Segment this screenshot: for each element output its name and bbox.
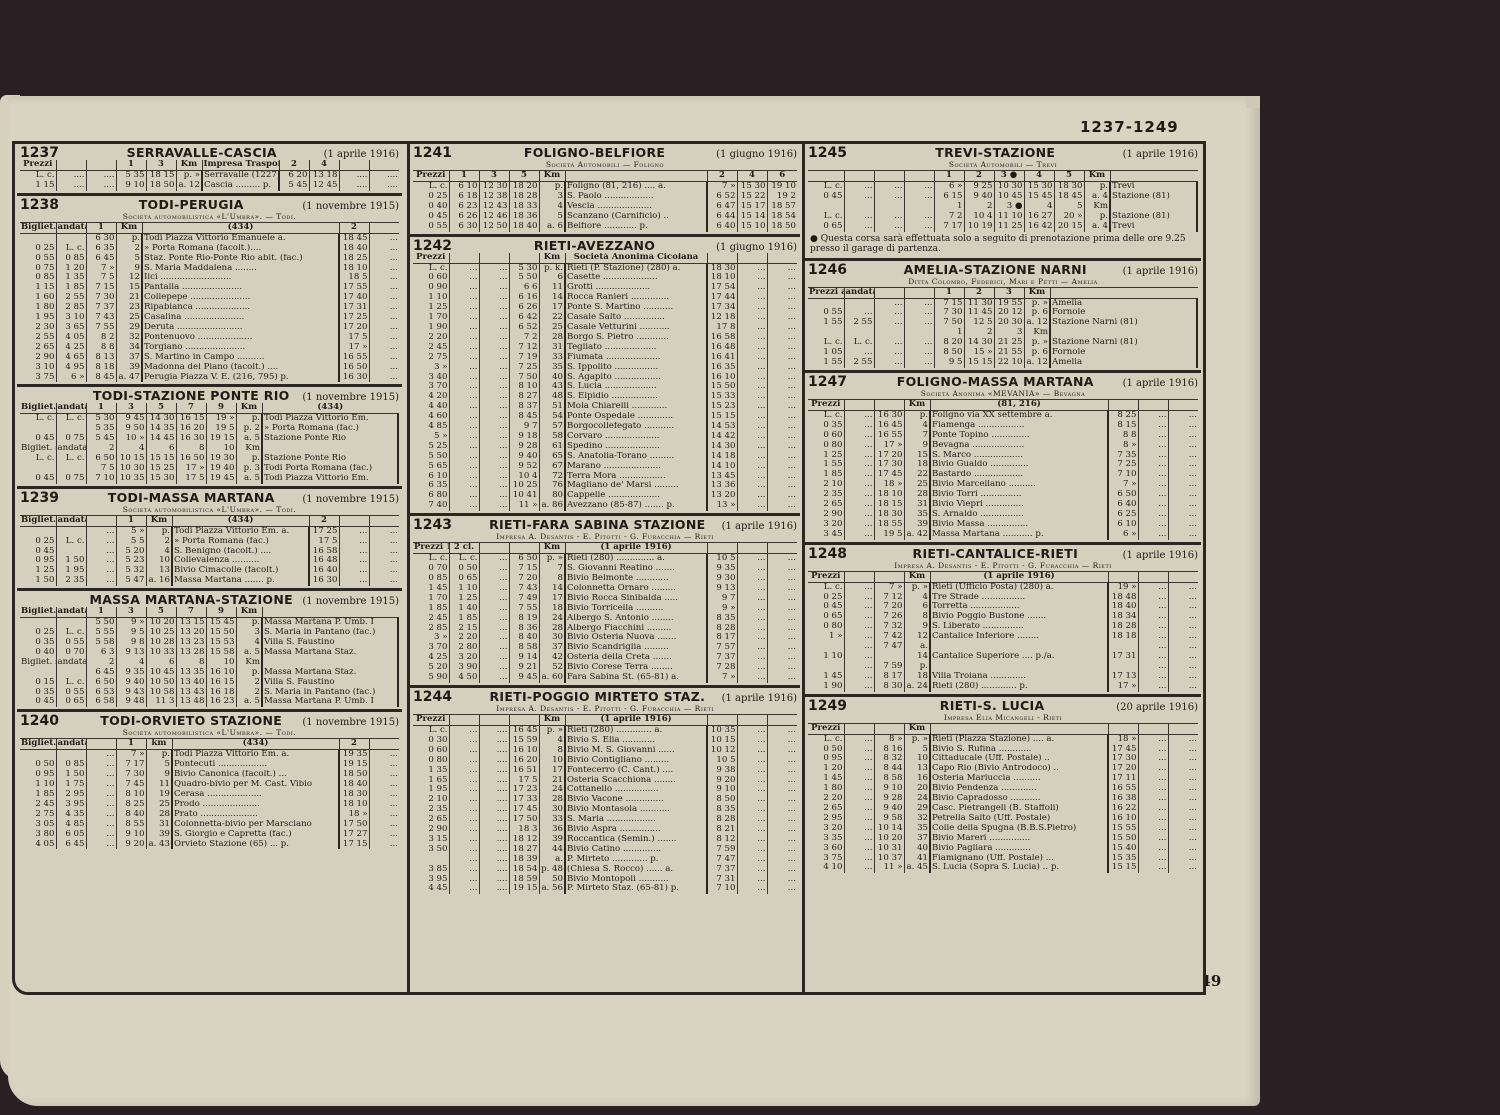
time-cell: 4 [236,638,262,648]
time-cell: 9 » [116,618,146,628]
time-cell: 54 [539,412,565,422]
station-name: Madonna del Piano (facolt.) .... [142,363,339,373]
time-cell: 4 35 [56,810,86,820]
column-header [1138,724,1168,735]
time-cell: ... [86,576,116,586]
station-name: S. Maria .................. [565,815,707,825]
time-cell: 6 50 [509,554,539,564]
time-cell: 4 [116,658,146,668]
time-cell: ... [449,865,479,875]
time-cell: ... [737,501,767,511]
time-cell: 6 » [56,373,86,383]
time-cell: ... [1138,480,1168,490]
time-cell: 25 [904,480,930,490]
column-header: 4 [309,160,339,171]
time-cell: 29 [116,323,142,333]
station-name: Amelia [1050,358,1197,368]
time-cell: ... [844,530,874,540]
station-name: Osteria della Creta ....... [565,653,707,663]
time-cell: ... [737,323,767,333]
time-cell: 17 13 [1108,672,1138,682]
timetable-section-1249: 1249RIETI-S. LUCIA(20 aprile 1916)Impres… [805,697,1201,876]
section-number: 1244 [413,689,473,705]
time-cell: ... [844,431,874,441]
time-cell: ... [1138,774,1168,784]
time-cell: 3 10 [56,313,86,323]
column-header [369,516,399,527]
fare-cell: 2 55 [20,333,56,343]
time-cell: 18 40 [509,222,539,232]
station-name: Bivio Montasola ........... [565,805,707,815]
time-cell: ... [479,643,509,653]
time-cell: ... [479,422,509,432]
time-cell: 11 » [509,501,539,511]
column-header [737,543,767,554]
time-cell: ... [737,333,767,343]
time-cell: 8 19 [509,614,539,624]
operator-line: Ditta Colombo, Federici, Mari e Petti — … [808,277,1198,288]
time-cell: 7 15 [509,564,539,574]
time-cell: ... [479,373,509,383]
time-cell: ... [767,633,797,643]
time-cell: 25 [116,313,142,323]
station-name: Bivio Corese Terra ........ [565,663,707,673]
column-header [844,171,874,182]
station-name: Rieti (280) .............. a. [565,554,707,564]
column-header [479,715,509,726]
time-cell: ... [844,490,874,500]
column-header: andata ritorno [56,403,86,414]
table-row: 0 700 50...7 157S. Giovanni Reatino ....… [413,564,797,574]
column-header [930,724,1108,735]
time-cell: 6 20 [279,171,309,181]
column-header: 3 [994,288,1024,299]
time-cell: 7 » [116,750,146,760]
fare-cell: 0 85 [413,574,449,584]
time-cell: 35 [904,510,930,520]
time-cell: 9 30 [707,574,737,584]
time-cell: 6 [539,273,565,283]
column-header [509,543,539,554]
route-title: FOLIGNO-MASSA MARTANA [868,374,1123,389]
time-cell: 9 [116,264,142,274]
time-cell: ... [479,452,509,462]
station-name: Bivio Gualdo .............. [930,460,1108,470]
time-cell: ... [1138,520,1168,530]
time-cell: ... [844,854,874,864]
time-cell: ... [1138,834,1168,844]
column-header [874,171,904,182]
fare-cell: 3 45 [808,530,844,540]
time-cell: p. 48 [539,865,565,875]
time-cell: 17 25 [309,526,339,536]
section-number: 1245 [808,145,868,161]
time-cell: ... [737,653,767,663]
time-cell: 10 33 [146,648,176,658]
time-cell: ... [767,756,797,766]
time-cell: 10 15 [116,454,146,464]
time-cell: 28 [904,490,930,500]
time-cell: .... [479,845,509,855]
time-cell: ... [369,800,399,810]
table-row: 2 65.......17 5033S. Maria .............… [413,815,797,825]
station-name: Staz. Ponte Rio-Ponte Rio abit. (fac.) [142,254,339,264]
time-cell: ... [449,402,479,412]
table-row: 0 550 856 455Staz. Ponte Rio-Ponte Rio a… [20,254,399,264]
time-cell: ... [737,845,767,855]
time-cell: ... [844,734,874,744]
time-cell: 6 10 [1108,520,1138,530]
time-cell: 8 50 [707,795,737,805]
effective-date: (1 aprile 1916) [722,521,797,532]
station-name: Bivio Catino .............. [565,845,707,855]
time-cell: 18 45 [339,233,369,243]
fare-cell: 0 25 [20,244,56,254]
time-cell: 3 65 [56,323,86,333]
time-cell: 1 20 [56,264,86,274]
schedule-table: Prezzi 1 cl.2 cl.Km(1 aprile 1916)L. c.L… [413,543,797,683]
time-cell: 11 3 [146,697,176,707]
station-name: Albergo Fiacchini ......... [565,624,707,634]
time-cell: 5 50 [509,273,539,283]
time-cell: ... [737,795,767,805]
time-cell: ... [86,830,116,840]
time-cell: ... [449,776,479,786]
time-cell: .... [479,756,509,766]
fare-cell: L. c. [808,410,844,420]
station-name: Bivio Pagliara ............. [930,844,1108,854]
time-cell: 7 15 [86,283,116,293]
time-cell: 65 [539,452,565,462]
time-cell: 2 80 [449,643,479,653]
time-cell: ... [767,462,797,472]
table-row: 0 406 2312 4318 334Vescia ..............… [413,202,797,212]
station-name: Bivio S. Rufina ............ [930,745,1108,755]
station-name: Rocca Ranieri .............. [565,293,707,303]
time-cell: ... [737,884,767,894]
fare-cell: 0 70 [413,564,449,574]
table-row: 3 70......8 1043S. Lucia ...............… [413,382,797,392]
time-cell: 9 5 [116,628,146,638]
time-cell: ... [737,736,767,746]
table-row: 3 756 »8 45a. 47Perugia Piazza V. E. (21… [20,373,399,383]
time-cell: 14 30 [707,442,737,452]
time-cell: 0 70 [56,648,86,658]
station-name: S. Liberato ............... [930,622,1108,632]
time-cell: ... [844,510,874,520]
effective-date: (20 aprile 1916) [1116,702,1198,713]
column-header [449,253,479,264]
time-cell: 5 45 [86,434,116,444]
time-cell: 2 [116,244,142,254]
time-cell: ... [449,725,479,735]
time-cell: 1 95 [56,566,86,576]
time-cell: 3 [539,192,565,202]
time-cell: ... [874,338,904,348]
table-row: 2 10.......17 3328Bivio Vacone .........… [413,795,797,805]
time-cell: p. » [904,734,930,744]
time-cell: ... [1168,431,1198,441]
time-cell: Km [1024,328,1050,338]
table-row: 4 253 20...9 1442Osteria della Creta ...… [413,653,797,663]
time-cell [56,424,86,434]
station-name: Fara Sabina St. (65-81) a. [565,673,707,683]
time-cell: ... [86,780,116,790]
table-row: 0 30.......15 594Bivio S. Elia .........… [413,736,797,746]
station-name: Magliano de' Marsi ......... [565,481,707,491]
table-row: 7 40......11 »a. 86Avezzano (85-87) ....… [413,501,797,511]
table-row: 0 556 3012 5018 40a. 6Belfiore .........… [413,222,797,232]
time-cell: 18 15 [146,171,176,181]
time-cell: ... [449,303,479,313]
time-cell: 12 30 [479,182,509,192]
time-cell: 14 [904,652,930,662]
time-cell: ... [449,263,479,273]
time-cell: 6 50 [86,454,116,464]
schedule-table: PrezziKm(1 aprile 1916)L. c........16 45… [413,715,797,894]
time-cell: 9 25 [964,182,994,192]
time-cell: .... [479,766,509,776]
time-cell: ... [449,835,479,845]
time-cell: 1 50 [56,556,86,566]
time-cell: 15 [904,451,930,461]
fare-cell [20,750,56,760]
time-cell: ... [1168,662,1198,672]
table-row: 6 10......10 472Terra Mora .............… [413,472,797,482]
time-cell: 16 48 [707,343,737,353]
column-header: Km [1084,171,1110,182]
time-cell [904,328,934,338]
time-cell: 18 40 [339,780,369,790]
table-row: 0 450 656 589 4811 313 4816 23a. 5Massa … [20,697,398,707]
time-cell: ... [449,353,479,363]
fare-cell: L. c. [413,182,449,192]
time-cell: 8 18 [86,363,116,373]
station-name: Foligno via XX settembre a. [930,410,1108,420]
time-cell: ... [479,273,509,283]
time-cell: 18 40 [1108,602,1138,612]
station-name: Prodo ..................... [172,800,339,810]
fare-cell: L. c. [20,171,56,181]
section-number: 1238 [20,197,80,213]
column-header: 7 [176,403,206,414]
station-name: Pontecuti .................. [172,760,339,770]
time-cell: ... [369,810,399,820]
station-name: » Porta Romana (fac.) [262,424,398,434]
table-row: 1 602 557 3021Collepepe ................… [20,293,399,303]
column-header [707,253,737,264]
timetable-section-1238b: TODI-STAZIONE PONTE RIO(1 novembre 1915)… [17,387,402,488]
fare-cell: 0 90 [413,283,449,293]
time-cell: ... [449,884,479,894]
fare-cell: 0 35 [808,421,844,431]
schedule-table: PrezziKm(1 aprile 1916)L. c....7 »p. »Ri… [808,572,1198,692]
time-cell: p. [146,526,172,536]
station-name: Perugia Piazza V. E. (216, 795) p. [142,373,339,383]
station-name: Colonnetta Ornaro ......... [565,584,707,594]
fare-cell: 3 95 [413,875,449,885]
station-name: Trevi [1110,182,1197,192]
time-cell: 16 [904,774,930,784]
column-header: 9 [206,607,236,618]
time-cell: ... [449,736,479,746]
time-cell: ... [369,790,399,800]
table-row: L. c....8 »p. »Rieti (Piazza Stazione) .… [808,734,1198,744]
fare-cell: 0 45 [20,547,56,557]
station-name: Bivio Osteria Nuova ....... [565,633,707,643]
station-name: Petrella Salto (Uff. Postale) [930,814,1108,824]
column-header [86,739,116,750]
table-row: 1 »...7 4212Cantalice Inferiore ........… [808,632,1198,642]
table-row: 1 502 35...5 47a. 16Massa Martana ......… [20,576,399,586]
time-cell: ... [904,192,934,202]
time-cell: ... [449,293,479,303]
time-cell: 17 45 [874,470,904,480]
section-number: 1241 [413,145,473,161]
time-cell: ... [767,845,797,855]
column-header: Bigliet. sempl. [20,403,56,414]
station-name: Massa Martana P. Umb. I [262,618,398,628]
time-cell: 5 45 [279,181,309,191]
time-cell: .... [479,776,509,786]
table-row: 3 85.......18 54p. 48(Chiesa S. Rocco) .… [413,865,797,875]
time-cell: ... [737,594,767,604]
time-cell: 14 10 [707,462,737,472]
time-cell: 15 50 [1108,834,1138,844]
time-cell: 2 55 [844,358,874,368]
time-cell: 24 [904,794,930,804]
route-title: TODI-ORVIETO STAZIONE [80,713,302,728]
time-cell: 18 5 [339,273,369,283]
time-cell: 7 20 [509,574,539,584]
column-header: 7 [176,607,206,618]
time-cell: 17 [539,594,565,604]
time-cell: 12 45 [309,181,339,191]
time-cell: ... [369,254,399,264]
table-row: 0 851 357 512Ilci ......................… [20,273,399,283]
operator-line: Società automobilistica «L'Umbra». — Tod… [20,728,399,739]
time-cell: ... [1168,804,1198,814]
time-cell: ... [339,576,369,586]
time-cell: 10 30 [994,182,1024,192]
station-name: Cantalice Inferiore ........ [930,632,1108,642]
table-row: 1 851 40...7 5518Bivio Torricella ......… [413,604,797,614]
station-name: Bivio Rocca Sinibalda ..... [565,594,707,604]
column-header [339,516,369,527]
column-right: 1245TREVI-STAZIONE(1 aprile 1916)Società… [802,144,1201,992]
time-cell: .... [479,805,509,815]
time-cell: ... [479,333,509,343]
time-cell: 30 [539,805,565,815]
station-name: Torgiano ...................... [142,343,339,353]
time-cell: 16 18 [206,688,236,698]
fare-cell: 1 60 [20,293,56,303]
time-cell: 18 54 [767,212,797,222]
time-cell: ... [369,547,399,557]
time-cell: ... [1168,734,1198,744]
fare-cell: 2 95 [808,814,844,824]
time-cell: 1 35 [56,273,86,283]
time-cell: 9 35 [116,668,146,678]
column-header: Km [116,223,142,234]
column-header: 5 [146,403,176,414]
table-row: 2 65...9 4029Casc. Pietrangeli (B. Staff… [808,804,1198,814]
time-cell: 8 28 [707,624,737,634]
time-cell: 6 » [1108,530,1138,540]
time-cell: .... [56,171,86,181]
column-header [86,516,116,527]
station-name: Cascia ......... p. [202,181,279,191]
time-cell: 6 » [934,182,964,192]
time-cell: ... [844,212,874,222]
fare-cell: 0 15 [20,678,56,688]
time-cell: ... [844,652,874,662]
time-cell: ... [844,582,874,592]
time-cell: 9 40 [964,192,994,202]
time-cell [874,652,904,662]
time-cell: ... [479,624,509,634]
fare-cell: 3 60 [808,844,844,854]
time-cell: ... [767,663,797,673]
time-cell: ... [449,766,479,776]
time-cell: 7 17 [934,222,964,232]
time-cell: andata ritorno [56,658,86,668]
time-cell: ... [737,574,767,584]
schedule-table: Bigliet. sempl.andata ritorno13579Km5 50… [20,607,399,707]
column-header: 1 [116,516,146,527]
station-name: S. Martino in Campo .......... [142,353,339,363]
time-cell: ... [479,462,509,472]
time-cell: 2 [964,328,994,338]
fare-cell: 0 95 [20,556,56,566]
table-row: 0 80...7 329S. Liberato ...............1… [808,622,1198,632]
station-name [930,642,1108,652]
time-cell: ... [904,348,934,358]
time-cell: ... [844,662,874,672]
time-cell: a. 4 [1084,192,1110,202]
time-cell: ... [369,780,399,790]
fare-cell: 2 75 [20,810,56,820]
time-cell: 6 58 [86,697,116,707]
fare-cell: 1 45 [413,584,449,594]
time-cell: ... [874,318,904,328]
time-cell: 7 » [707,182,737,192]
station-name: Albergo S. Antonio ........ [565,614,707,624]
time-cell: 51 [539,402,565,412]
route-title: TREVI-STAZIONE [868,145,1123,160]
time-cell: 10 [206,444,236,454]
table-row: ......7 1511 3019 55p. »Amelia [808,298,1197,308]
time-cell: 16 38 [1108,794,1138,804]
table-row: 1 65.......17 521Osteria Scacchiona ....… [413,776,797,786]
time-cell: ... [767,481,797,491]
table-row: L. c....16 30p.Foligno via XX settembre … [808,410,1198,420]
table-row: L. c..........7 210 411 1016 2720 »p.Sta… [808,212,1197,222]
time-cell: ... [844,421,874,431]
time-cell: 6 40 [707,222,737,232]
schedule-table: Bigliet. sempl.andata ritorno1Km(434)2..… [20,516,399,586]
station-name: Bivio Torri ............... [930,490,1108,500]
table-row: 0 25L. c....5 52» Porta Romana (fac.)17 … [20,537,399,547]
time-cell: ... [737,392,767,402]
fare-cell: 2 45 [413,614,449,624]
table-row: 0 55.........7 3011 4520 12p. 6Fornole [808,308,1197,318]
time-cell: ... [767,333,797,343]
time-cell: ... [1138,632,1168,642]
time-cell: ... [449,333,479,343]
time-cell: 2 15 [449,624,479,634]
fare-cell: 3 70 [413,643,449,653]
